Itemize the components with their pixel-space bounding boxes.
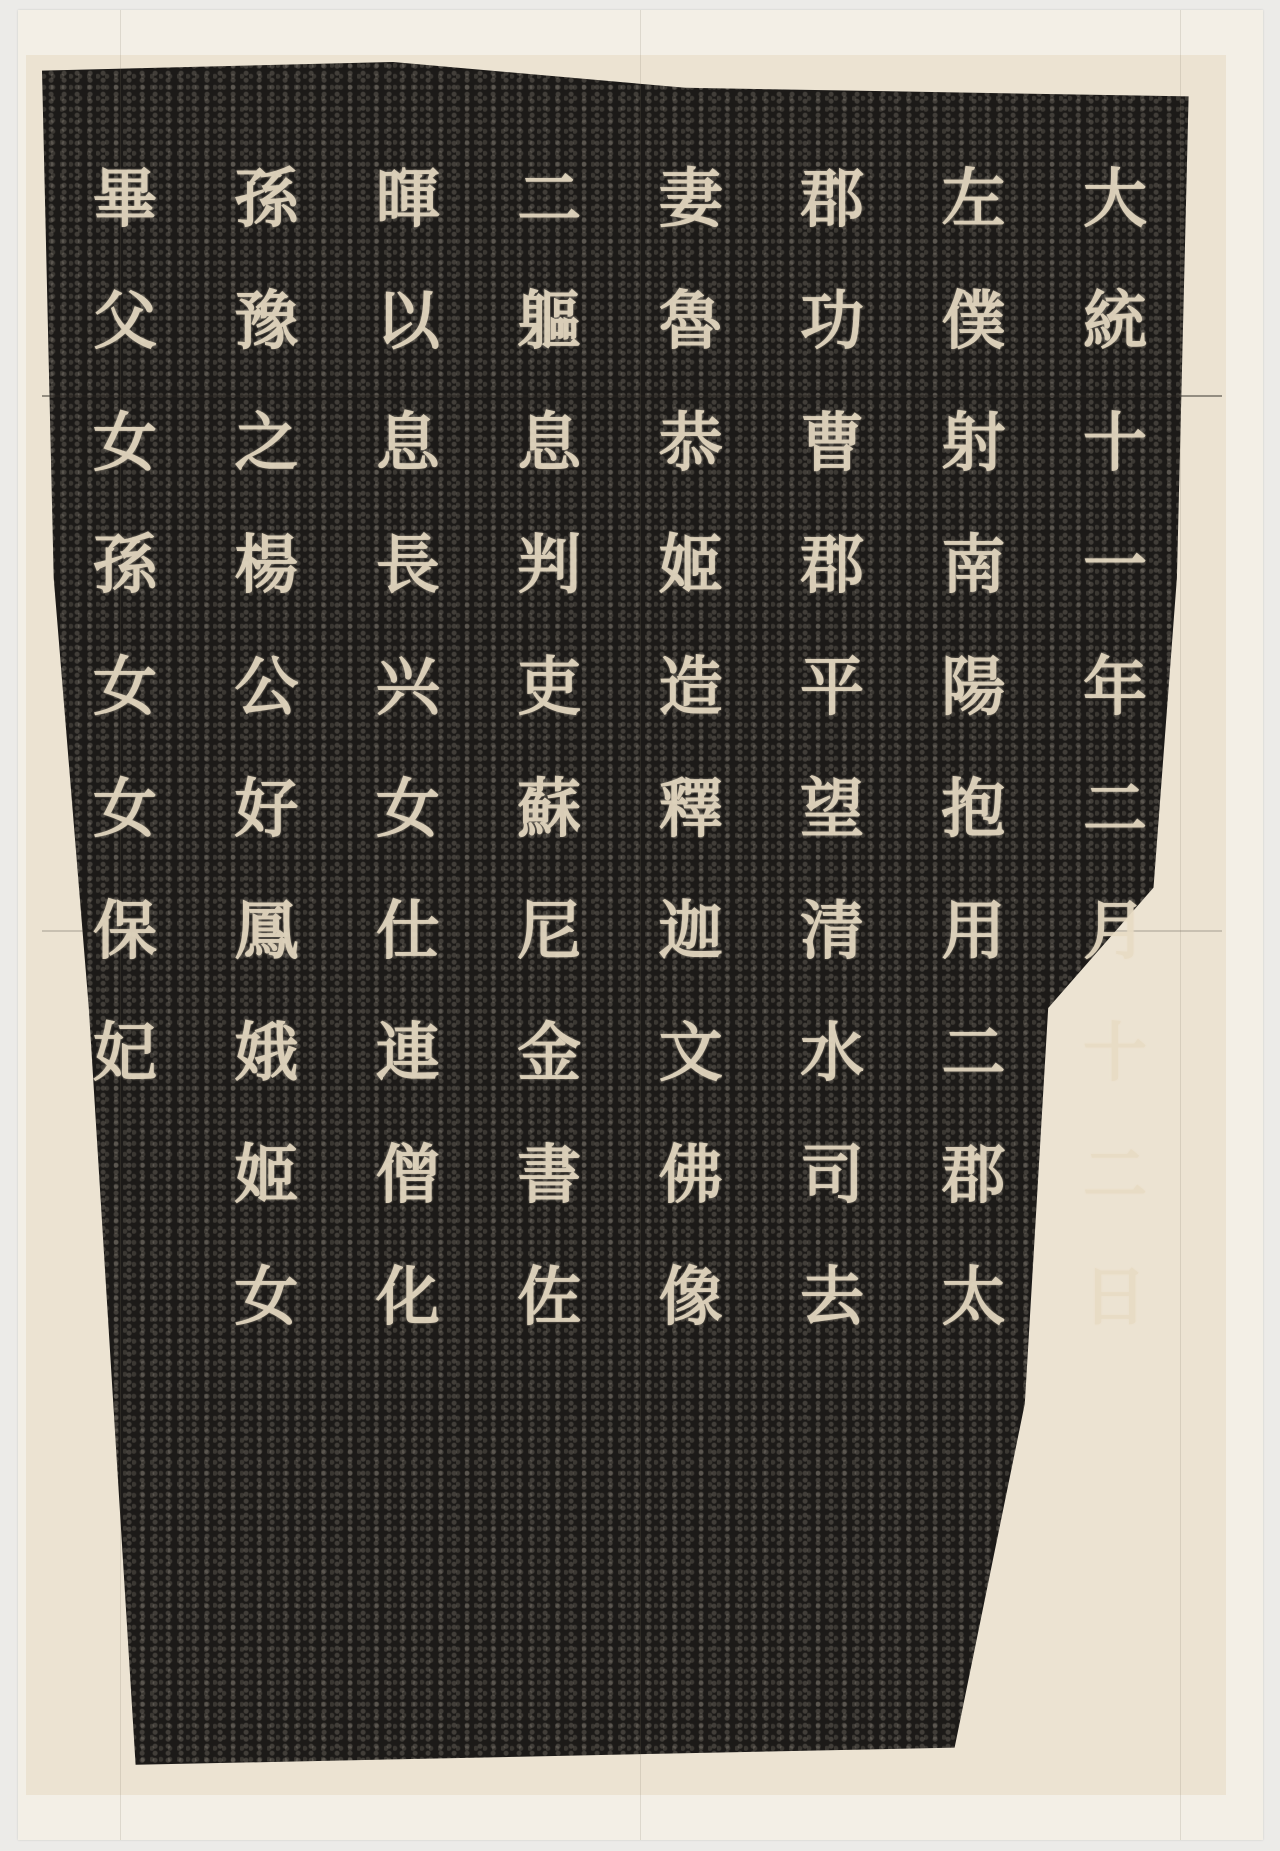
glyph: 兴: [376, 638, 440, 738]
glyph: 吏: [517, 638, 581, 738]
glyph: 仕: [376, 882, 440, 982]
glyph: 畢: [93, 150, 157, 250]
glyph: 女: [93, 638, 157, 738]
glyph: 像: [659, 1248, 723, 1348]
glyph: 曹: [800, 394, 864, 494]
glyph: 二: [517, 150, 581, 250]
glyph: 年: [1083, 638, 1147, 738]
glyph: 佛: [659, 1126, 723, 1226]
glyph: 佐: [517, 1248, 581, 1348]
glyph: 息: [376, 394, 440, 494]
glyph: 以: [376, 272, 440, 372]
glyph: 恭: [659, 394, 723, 494]
glyph: 僧: [376, 1126, 440, 1226]
glyph: 日: [1083, 1248, 1147, 1348]
glyph: 女: [376, 760, 440, 860]
glyph: 女: [234, 1248, 298, 1348]
glyph: 息: [517, 394, 581, 494]
glyph: 豫: [234, 272, 298, 372]
glyph: 陽: [942, 638, 1006, 738]
glyph: 姬: [234, 1126, 298, 1226]
inscription-column: 左 僕 射 南 陽 抱 用 二 郡 太: [929, 150, 1019, 1770]
inscription-column: 暉 以 息 長 兴 女 仕 連 僧 化: [363, 150, 453, 1770]
glyph: 十: [1083, 1004, 1147, 1104]
glyph: 射: [942, 394, 1006, 494]
glyph: 保: [93, 882, 157, 982]
glyph: 水: [800, 1004, 864, 1104]
glyph: 統: [1083, 272, 1147, 372]
glyph: 去: [800, 1248, 864, 1348]
glyph: 鳳: [234, 882, 298, 982]
glyph: 好: [234, 760, 298, 860]
glyph: 文: [659, 1004, 723, 1104]
glyph: 釋: [659, 760, 723, 860]
inscription-column: 二 軀 息 判 吏 蘇 尼 金 書 佐: [504, 150, 594, 1770]
glyph: 書: [517, 1126, 581, 1226]
inscription-column: 孫 豫 之 楊 公 好 鳳 娥 姬 女: [221, 150, 311, 1770]
glyph: 楊: [234, 516, 298, 616]
glyph: 女: [93, 394, 157, 494]
glyph: 南: [942, 516, 1006, 616]
inscription-columns: 大 統 十 一 年 二 月 十 二 日 左 僕 射 南 陽 抱 用 二 郡 太 …: [80, 150, 1160, 1770]
inscription-column: 畢 父 女 孫 女 女 保 妃: [80, 150, 170, 1770]
glyph: 平: [800, 638, 864, 738]
glyph: 連: [376, 1004, 440, 1104]
glyph: 一: [1083, 516, 1147, 616]
glyph: 化: [376, 1248, 440, 1348]
glyph: 尼: [517, 882, 581, 982]
glyph: 二: [1083, 1126, 1147, 1226]
glyph: 二: [942, 1004, 1006, 1104]
inscription-column: 郡 功 曹 郡 平 望 清 水 司 去: [787, 150, 877, 1770]
glyph: 長: [376, 516, 440, 616]
glyph: 蘇: [517, 760, 581, 860]
glyph: 孫: [93, 516, 157, 616]
glyph: 月: [1083, 882, 1147, 982]
glyph: 公: [234, 638, 298, 738]
glyph: 僕: [942, 272, 1006, 372]
glyph: 姬: [659, 516, 723, 616]
glyph: 郡: [942, 1126, 1006, 1226]
glyph: 功: [800, 272, 864, 372]
glyph: 判: [517, 516, 581, 616]
glyph: 妻: [659, 150, 723, 250]
glyph: 魯: [659, 272, 723, 372]
glyph: 十: [1083, 394, 1147, 494]
glyph: 二: [1083, 760, 1147, 860]
glyph: 娥: [234, 1004, 298, 1104]
glyph: 女: [93, 760, 157, 860]
inscription-column: 大 統 十 一 年 二 月 十 二 日: [1070, 150, 1160, 1770]
glyph: 望: [800, 760, 864, 860]
glyph: 太: [942, 1248, 1006, 1348]
glyph: 司: [800, 1126, 864, 1226]
glyph: 大: [1083, 150, 1147, 250]
glyph: 造: [659, 638, 723, 738]
glyph: 左: [942, 150, 1006, 250]
glyph: 金: [517, 1004, 581, 1104]
glyph: 迦: [659, 882, 723, 982]
glyph: 父: [93, 272, 157, 372]
inscription-column: 妻 魯 恭 姬 造 釋 迦 文 佛 像: [646, 150, 736, 1770]
fold-line: [1180, 10, 1181, 1840]
glyph: 清: [800, 882, 864, 982]
glyph: 郡: [800, 150, 864, 250]
glyph: 之: [234, 394, 298, 494]
glyph: 用: [942, 882, 1006, 982]
glyph: 孫: [234, 150, 298, 250]
glyph: 抱: [942, 760, 1006, 860]
glyph: 暉: [376, 150, 440, 250]
glyph: 郡: [800, 516, 864, 616]
glyph: 妃: [93, 1004, 157, 1104]
glyph: 軀: [517, 272, 581, 372]
